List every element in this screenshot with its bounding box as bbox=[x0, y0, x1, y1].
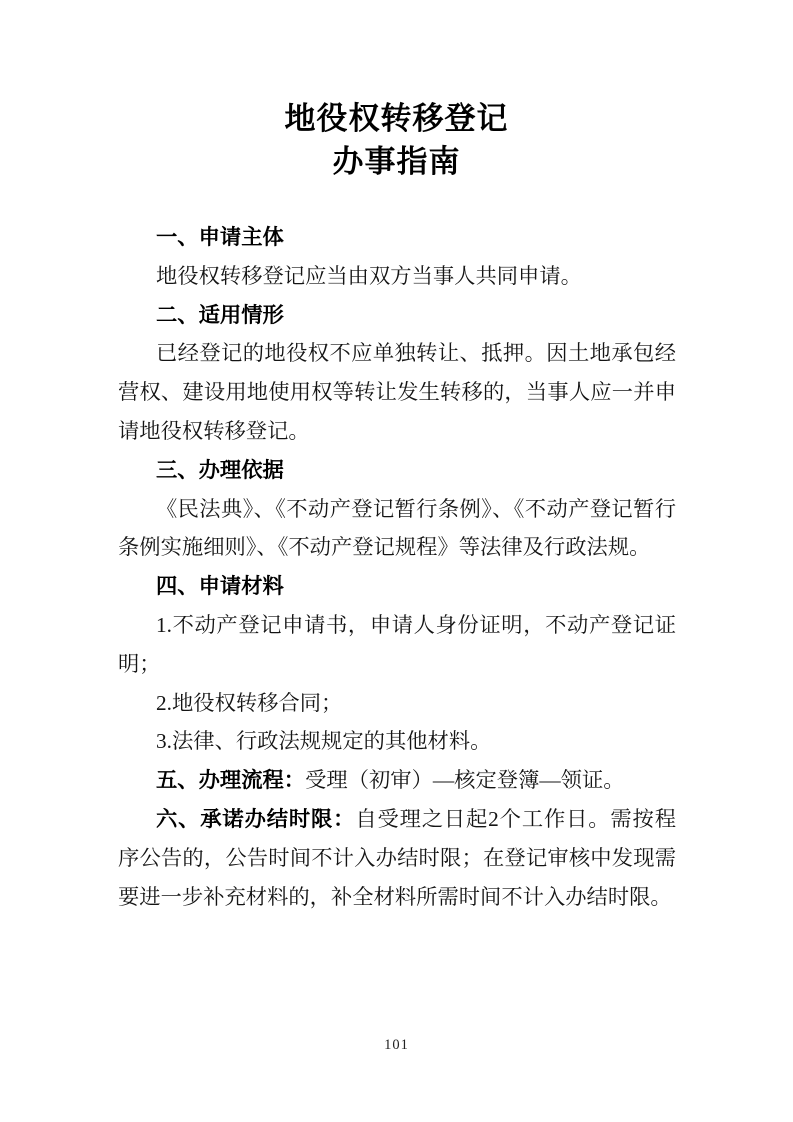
section-4-item-1: 1.不动产登记申请书，申请人身份证明，不动产登记证明； bbox=[118, 606, 676, 684]
section-heading-3: 三、办理依据 bbox=[118, 451, 676, 490]
section-heading-6: 六、承诺办结时限： bbox=[156, 807, 355, 831]
section-heading-4: 四、申请材料 bbox=[118, 567, 676, 606]
section-heading-5: 五、办理流程： bbox=[156, 768, 305, 792]
title-line-2: 办事指南 bbox=[0, 140, 793, 183]
section-1-paragraph: 地役权转移登记应当由双方当事人共同申请。 bbox=[118, 257, 676, 296]
page-number: 101 bbox=[384, 1037, 409, 1053]
section-5-text: 受理（初审）—核定登簿—领证。 bbox=[305, 768, 624, 792]
section-2-paragraph: 已经登记的地役权不应单独转让、抵押。因土地承包经营权、建设用地使用权等转让发生转… bbox=[118, 334, 676, 450]
section-heading-2: 二、适用情形 bbox=[118, 296, 676, 335]
section-3-paragraph: 《民法典》、《不动产登记暂行条例》、《不动产登记暂行条例实施细则》、《不动产登记… bbox=[118, 490, 676, 568]
document-page: 地役权转移登记 办事指南 一、申请主体 地役权转移登记应当由双方当事人共同申请。… bbox=[0, 0, 793, 1122]
section-heading-1: 一、申请主体 bbox=[118, 218, 676, 257]
title-line-1: 地役权转移登记 bbox=[0, 97, 793, 140]
page-footer: 101 bbox=[0, 1036, 793, 1054]
section-4-item-3: 3.法律、行政法规规定的其他材料。 bbox=[118, 722, 676, 761]
section-4-item-2: 2.地役权转移合同； bbox=[118, 684, 676, 723]
section-5-line: 五、办理流程：受理（初审）—核定登簿—领证。 bbox=[118, 761, 676, 800]
content-area: 一、申请主体 地役权转移登记应当由双方当事人共同申请。 二、适用情形 已经登记的… bbox=[118, 218, 676, 916]
section-6-line: 六、承诺办结时限：自受理之日起2个工作日。需按程序公告的，公告时间不计入办结时限… bbox=[118, 800, 676, 916]
doc-title: 地役权转移登记 办事指南 bbox=[0, 97, 793, 183]
